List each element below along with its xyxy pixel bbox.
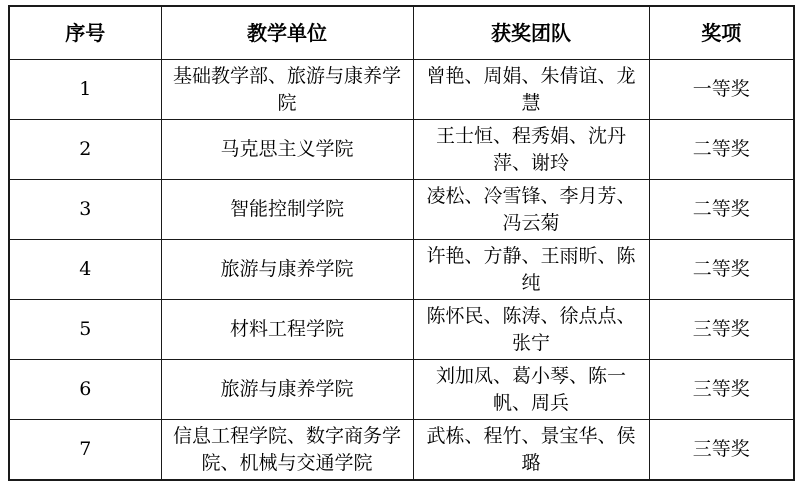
table-row: 4旅游与康养学院许艳、方静、王雨昕、陈纯二等奖 [9, 240, 794, 300]
cell-index: 5 [9, 300, 161, 360]
cell-index: 6 [9, 360, 161, 420]
cell-unit: 基础教学部、旅游与康养学院 [161, 60, 413, 120]
table-row: 3智能控制学院凌松、冷雪锋、李月芳、冯云菊二等奖 [9, 180, 794, 240]
cell-index: 4 [9, 240, 161, 300]
cell-award: 三等奖 [649, 360, 794, 420]
table-row: 2马克思主义学院王士恒、程秀娟、沈丹萍、谢玲二等奖 [9, 120, 794, 180]
col-header-unit: 教学单位 [161, 6, 413, 60]
cell-award: 一等奖 [649, 60, 794, 120]
cell-unit: 智能控制学院 [161, 180, 413, 240]
table-row: 5材料工程学院陈怀民、陈涛、徐点点、张宁三等奖 [9, 300, 794, 360]
cell-award: 二等奖 [649, 120, 794, 180]
cell-index: 2 [9, 120, 161, 180]
cell-team: 凌松、冷雪锋、李月芳、冯云菊 [413, 180, 649, 240]
cell-award: 二等奖 [649, 180, 794, 240]
cell-team: 曾艳、周娟、朱倩谊、龙慧 [413, 60, 649, 120]
col-header-index: 序号 [9, 6, 161, 60]
col-header-award: 奖项 [649, 6, 794, 60]
cell-index: 3 [9, 180, 161, 240]
cell-index: 1 [9, 60, 161, 120]
cell-team: 王士恒、程秀娟、沈丹萍、谢玲 [413, 120, 649, 180]
header-row: 序号 教学单位 获奖团队 奖项 [9, 6, 794, 60]
cell-award: 二等奖 [649, 240, 794, 300]
cell-team: 刘加凤、葛小琴、陈一帆、周兵 [413, 360, 649, 420]
cell-unit: 材料工程学院 [161, 300, 413, 360]
cell-award: 三等奖 [649, 300, 794, 360]
awards-table: 序号 教学单位 获奖团队 奖项 1基础教学部、旅游与康养学院曾艳、周娟、朱倩谊、… [8, 5, 795, 472]
col-header-team: 获奖团队 [413, 6, 649, 60]
cell-unit: 马克思主义学院 [161, 120, 413, 180]
table-row: 7信息工程学院、数字商务学院、机械与交通学院武栋、程竹、景宝华、侯璐三等奖 [9, 420, 794, 473]
cell-team: 陈怀民、陈涛、徐点点、张宁 [413, 300, 649, 360]
cell-unit: 旅游与康养学院 [161, 240, 413, 300]
table-row: 6旅游与康养学院刘加凤、葛小琴、陈一帆、周兵三等奖 [9, 360, 794, 420]
cell-team: 许艳、方静、王雨昕、陈纯 [413, 240, 649, 300]
cell-unit: 信息工程学院、数字商务学院、机械与交通学院 [161, 420, 413, 473]
table-row: 1基础教学部、旅游与康养学院曾艳、周娟、朱倩谊、龙慧一等奖 [9, 60, 794, 120]
cell-team: 武栋、程竹、景宝华、侯璐 [413, 420, 649, 473]
cell-unit: 旅游与康养学院 [161, 360, 413, 420]
cell-award: 三等奖 [649, 420, 794, 473]
cell-index: 7 [9, 420, 161, 473]
awards-table-container: 序号 教学单位 获奖团队 奖项 1基础教学部、旅游与康养学院曾艳、周娟、朱倩谊、… [8, 5, 793, 472]
